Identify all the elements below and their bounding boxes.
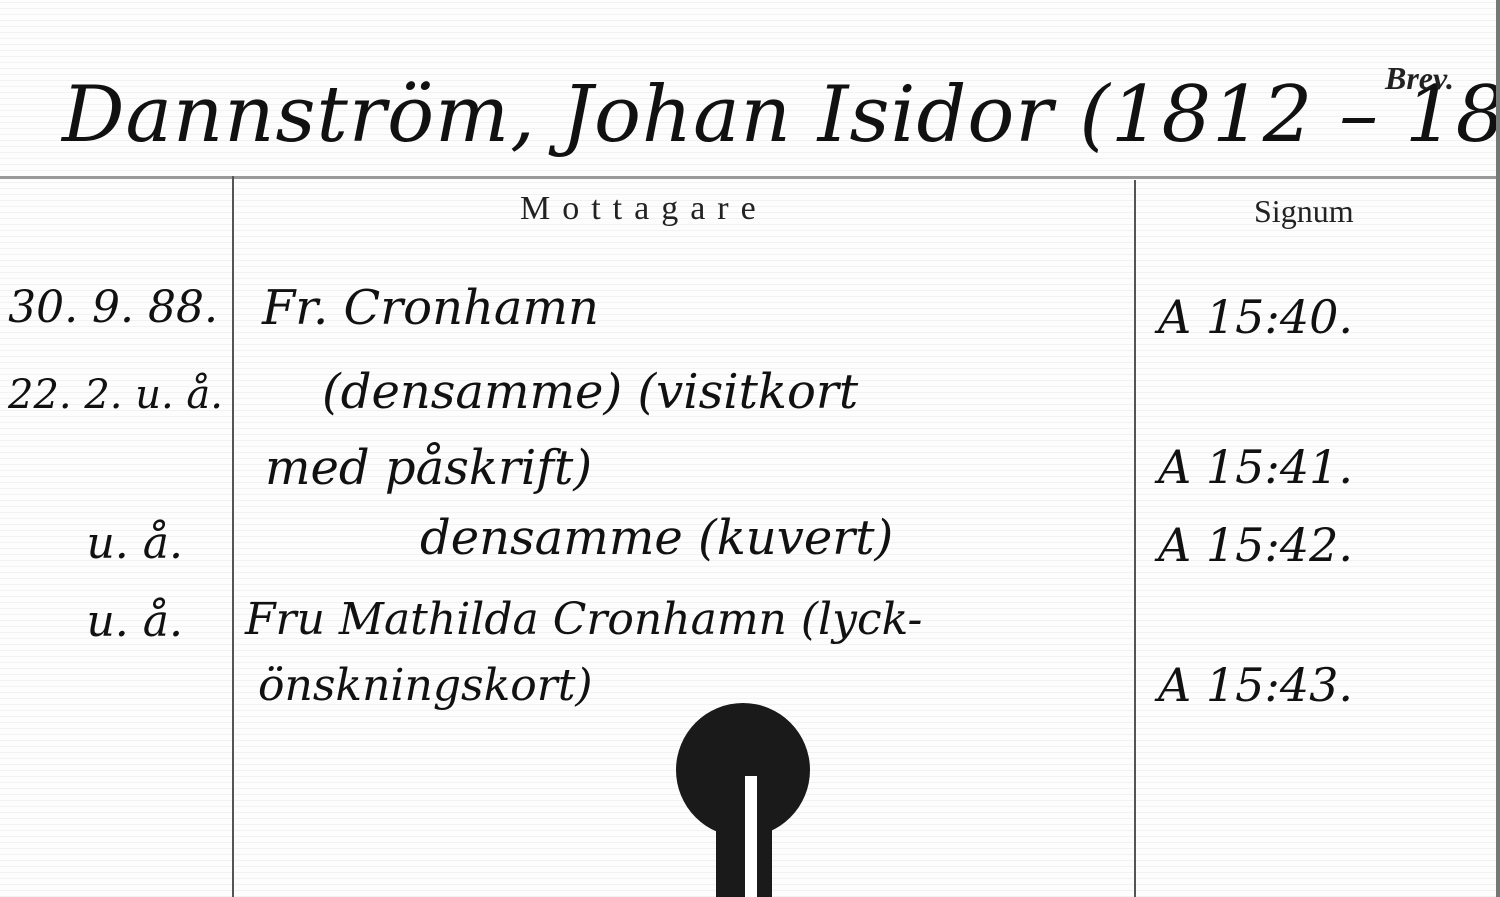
column-header-signum: Signum — [1254, 193, 1354, 230]
recipient-entry: (densamme) (visitkort — [322, 364, 858, 420]
card-edge — [1496, 0, 1500, 897]
recipient-entry: önskningskort) — [258, 660, 593, 711]
filing-rod-notch — [745, 776, 757, 897]
signum-entry: A 15:40. — [1158, 290, 1353, 344]
recipient-entry: Fru Mathilda Cronhamn (lyck- — [245, 594, 922, 645]
filing-punch-hole — [676, 703, 810, 837]
recipient-entry: densamme (kuvert) — [420, 510, 893, 566]
filing-punch-slot — [716, 820, 772, 897]
date-column-divider — [232, 176, 234, 897]
header-divider — [0, 176, 1500, 179]
signum-column-divider — [1134, 180, 1136, 897]
date-entry: u. å. — [8, 518, 183, 569]
index-card: Dannström, Johan Isidor (1812 – 1897) Br… — [0, 0, 1500, 897]
card-heading: Dannström, Johan Isidor (1812 – 1897) — [62, 70, 1500, 160]
date-entry: 30. 9. 88. — [8, 282, 218, 333]
category-label: Brev. — [1385, 60, 1454, 97]
signum-entry: A 15:43. — [1158, 658, 1353, 712]
date-entry: u. å. — [8, 596, 183, 647]
signum-entry: A 15:41. — [1158, 440, 1353, 494]
recipient-entry: Fr. Cronhamn — [262, 280, 599, 336]
signum-entry: A 15:42. — [1158, 518, 1353, 572]
recipient-entry: med påskrift) — [265, 440, 592, 496]
column-header-recipient: Mottagare — [520, 190, 768, 228]
date-entry: 22. 2. u. å. — [8, 372, 218, 418]
